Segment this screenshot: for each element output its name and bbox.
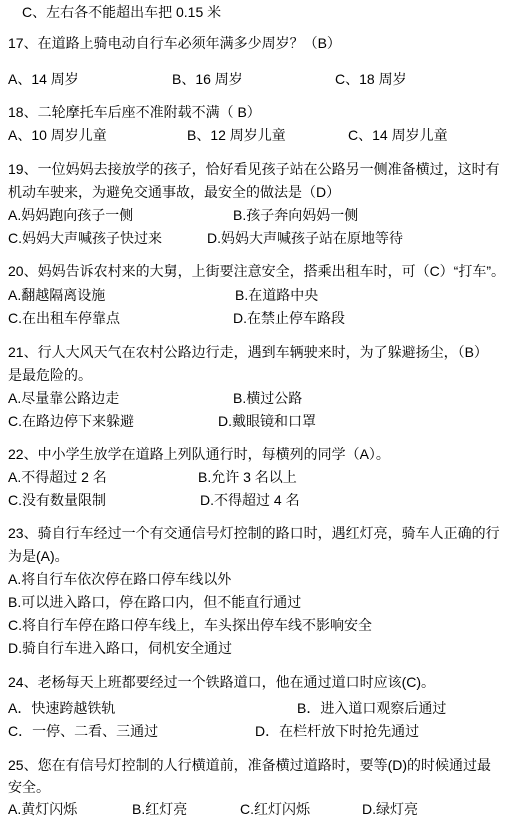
q23-option-b-option-b: B.可以进入路口，停在路口内，但不能直行通过 (8, 594, 301, 610)
line-q18-stem: 18、二轮摩托车后座不准附载不满（ B） (0, 104, 521, 121)
q18-options-option-c: C、14 周岁儿童 (348, 127, 448, 143)
q18-options-option-b: B、12 周岁儿童 (187, 127, 286, 143)
q19-options-cd-option-d: D.妈妈大声喊孩子站在原地等待 (207, 230, 403, 246)
q22-options-ab-option-b: B.允许 3 名以上 (198, 469, 297, 485)
q23-option-c-option-c: C.将自行车停在路口停车线上，车头探出停车线不影响安全 (8, 617, 372, 633)
line-q23-option-c: C.将自行车停在路口停车线上，车头探出停车线不影响安全 (0, 617, 521, 634)
q25-options-option-a: A.黄灯闪烁 (8, 801, 77, 817)
line-q19-stem-line1: 19、一位妈妈去接放学的孩子，恰好看见孩子站在公路另一侧准备横过，这时有 (0, 161, 521, 178)
q23-stem-line2-stem-text: 为是(A)。 (8, 548, 69, 564)
line-q23-stem-line1: 23、骑自行车经过一个有交通信号灯控制的路口时，遇红灯亮，骑车人正确的行 (0, 525, 521, 542)
line-q21-options-cd: C.在路边停下来躲避D.戴眼镜和口罩 (0, 413, 521, 430)
q20-options-ab-option-a: A.翻越隔离设施 (8, 287, 105, 303)
line-q24-options-ab: A．快速跨越铁轨B．进入道口观察后通过 (0, 700, 521, 717)
q25-stem-line1-stem-text: 25、您在有信号灯控制的人行横道前，准备横过道路时，要等(D)的时候通过最 (8, 757, 491, 773)
line-q17-options: A、14 周岁B、16 周岁C、18 周岁 (0, 71, 521, 88)
prev-question-option-c-option-c: C、左右各不能超出车把 0.15 米 (22, 4, 221, 20)
q19-stem-line1-stem-text: 19、一位妈妈去接放学的孩子，恰好看见孩子站在公路另一侧准备横过，这时有 (8, 161, 500, 177)
q18-stem-stem-text: 18、二轮摩托车后座不准附载不满（ B） (8, 104, 261, 120)
q23-stem-line1-stem-text: 23、骑自行车经过一个有交通信号灯控制的路口时，遇红灯亮，骑车人正确的行 (8, 525, 500, 541)
line-q20-options-ab: A.翻越隔离设施B.在道路中央 (0, 287, 521, 304)
q17-stem-stem-text: 17、在道路上骑电动自行车必须年满多少周岁？（B） (8, 35, 341, 51)
q22-stem-stem-text: 22、中小学生放学在道路上列队通行时，每横列的同学（A）。 (8, 446, 390, 462)
line-q23-option-a: A.将自行车依次停在路口停车线以外 (0, 571, 521, 588)
q25-options-option-b: B.红灯亮 (132, 801, 187, 817)
line-q21-stem-line2: 是最危险的。 (0, 367, 521, 384)
line-q24-options-cd: C．一停、二看、三通过D．在栏杆放下时抢先通过 (0, 723, 521, 740)
line-q22-stem: 22、中小学生放学在道路上列队通行时，每横列的同学（A）。 (0, 446, 521, 463)
q24-options-cd-option-c: C．一停、二看、三通过 (8, 723, 158, 739)
document-page: C、左右各不能超出车把 0.15 米17、在道路上骑电动自行车必须年满多少周岁？… (0, 0, 521, 821)
q20-options-ab-option-b: B.在道路中央 (235, 287, 318, 303)
q22-options-cd-option-d: D.不得超过 4 名 (200, 492, 300, 508)
q21-options-cd-option-c: C.在路边停下来躲避 (8, 413, 134, 429)
q19-stem-line2-stem-text: 机动车驶来，为避免交通事故，最安全的做法是（D） (8, 184, 340, 200)
q22-options-cd-option-c: C.没有数量限制 (8, 492, 106, 508)
line-q22-options-ab: A.不得超过 2 名B.允许 3 名以上 (0, 469, 521, 486)
line-q23-option-b: B.可以进入路口，停在路口内，但不能直行通过 (0, 594, 521, 611)
q24-stem-stem-text: 24、老杨每天上班都要经过一个铁路道口，他在通过道口时应该(C)。 (8, 674, 435, 690)
q23-option-d-option-d: D.骑自行车进入路口，伺机安全通过 (8, 640, 232, 656)
q17-options-option-b: B、16 周岁 (172, 71, 243, 87)
q21-stem-line2-stem-text: 是最危险的。 (8, 367, 92, 383)
q25-options-option-c: C.红灯闪烁 (240, 801, 310, 817)
line-q22-options-cd: C.没有数量限制D.不得超过 4 名 (0, 492, 521, 509)
line-q23-option-d: D.骑自行车进入路口，伺机安全通过 (0, 640, 521, 657)
q21-stem-line1-stem-text: 21、行人大风天气在农村公路边行走，遇到车辆驶来时，为了躲避扬尘，（B） (8, 344, 488, 360)
q23-option-a-option-a: A.将自行车依次停在路口停车线以外 (8, 571, 231, 587)
line-q25-stem-line2: 安全。 (0, 779, 521, 796)
q22-options-ab-option-a: A.不得超过 2 名 (8, 469, 107, 485)
line-q19-options-cd: C.妈妈大声喊孩子快过来D.妈妈大声喊孩子站在原地等待 (0, 230, 521, 247)
q20-options-cd-option-c: C.在出租车停靠点 (8, 310, 120, 326)
line-prev-question-option-c: C、左右各不能超出车把 0.15 米 (0, 4, 521, 21)
line-q23-stem-line2: 为是(A)。 (0, 548, 521, 565)
q19-options-cd-option-c: C.妈妈大声喊孩子快过来 (8, 230, 162, 246)
q20-stem-stem-text: 20、妈妈告诉农村来的大舅，上街要注意安全，搭乘出租车时，可（C）“打车”。 (8, 263, 505, 279)
q21-options-cd-option-d: D.戴眼镜和口罩 (218, 413, 316, 429)
q17-options-option-c: C、18 周岁 (335, 71, 407, 87)
q25-options-option-d: D.绿灯亮 (362, 801, 418, 817)
line-q25-stem-line1: 25、您在有信号灯控制的人行横道前，准备横过道路时，要等(D)的时候通过最 (0, 757, 521, 774)
q24-options-ab-option-a: A．快速跨越铁轨 (8, 700, 115, 716)
q18-options-option-a: A、10 周岁儿童 (8, 127, 107, 143)
q19-options-ab-option-b: B.孩子奔向妈妈一侧 (233, 207, 358, 223)
q20-options-cd-option-d: D.在禁止停车路段 (233, 310, 345, 326)
line-q20-stem: 20、妈妈告诉农村来的大舅，上街要注意安全，搭乘出租车时，可（C）“打车”。 (0, 263, 521, 280)
line-q19-stem-line2: 机动车驶来，为避免交通事故，最安全的做法是（D） (0, 184, 521, 201)
line-q17-stem: 17、在道路上骑电动自行车必须年满多少周岁？（B） (0, 35, 521, 52)
line-q18-options: A、10 周岁儿童B、12 周岁儿童C、14 周岁儿童 (0, 127, 521, 144)
q24-options-cd-option-d: D．在栏杆放下时抢先通过 (255, 723, 419, 739)
q25-stem-line2-stem-text: 安全。 (8, 779, 50, 795)
line-q21-stem-line1: 21、行人大风天气在农村公路边行走，遇到车辆驶来时，为了躲避扬尘，（B） (0, 344, 521, 361)
q19-options-ab-option-a: A.妈妈跑向孩子一侧 (8, 207, 133, 223)
q24-options-ab-option-b: B．进入道口观察后通过 (297, 700, 446, 716)
line-q24-stem: 24、老杨每天上班都要经过一个铁路道口，他在通过道口时应该(C)。 (0, 674, 521, 691)
q21-options-ab-option-b: B.横过公路 (233, 390, 302, 406)
line-q19-options-ab: A.妈妈跑向孩子一侧B.孩子奔向妈妈一侧 (0, 207, 521, 224)
q17-options-option-a: A、14 周岁 (8, 71, 79, 87)
line-q20-options-cd: C.在出租车停靠点D.在禁止停车路段 (0, 310, 521, 327)
q21-options-ab-option-a: A.尽量靠公路边走 (8, 390, 119, 406)
line-q25-options: A.黄灯闪烁B.红灯亮C.红灯闪烁D.绿灯亮 (0, 801, 521, 818)
line-q21-options-ab: A.尽量靠公路边走B.横过公路 (0, 390, 521, 407)
